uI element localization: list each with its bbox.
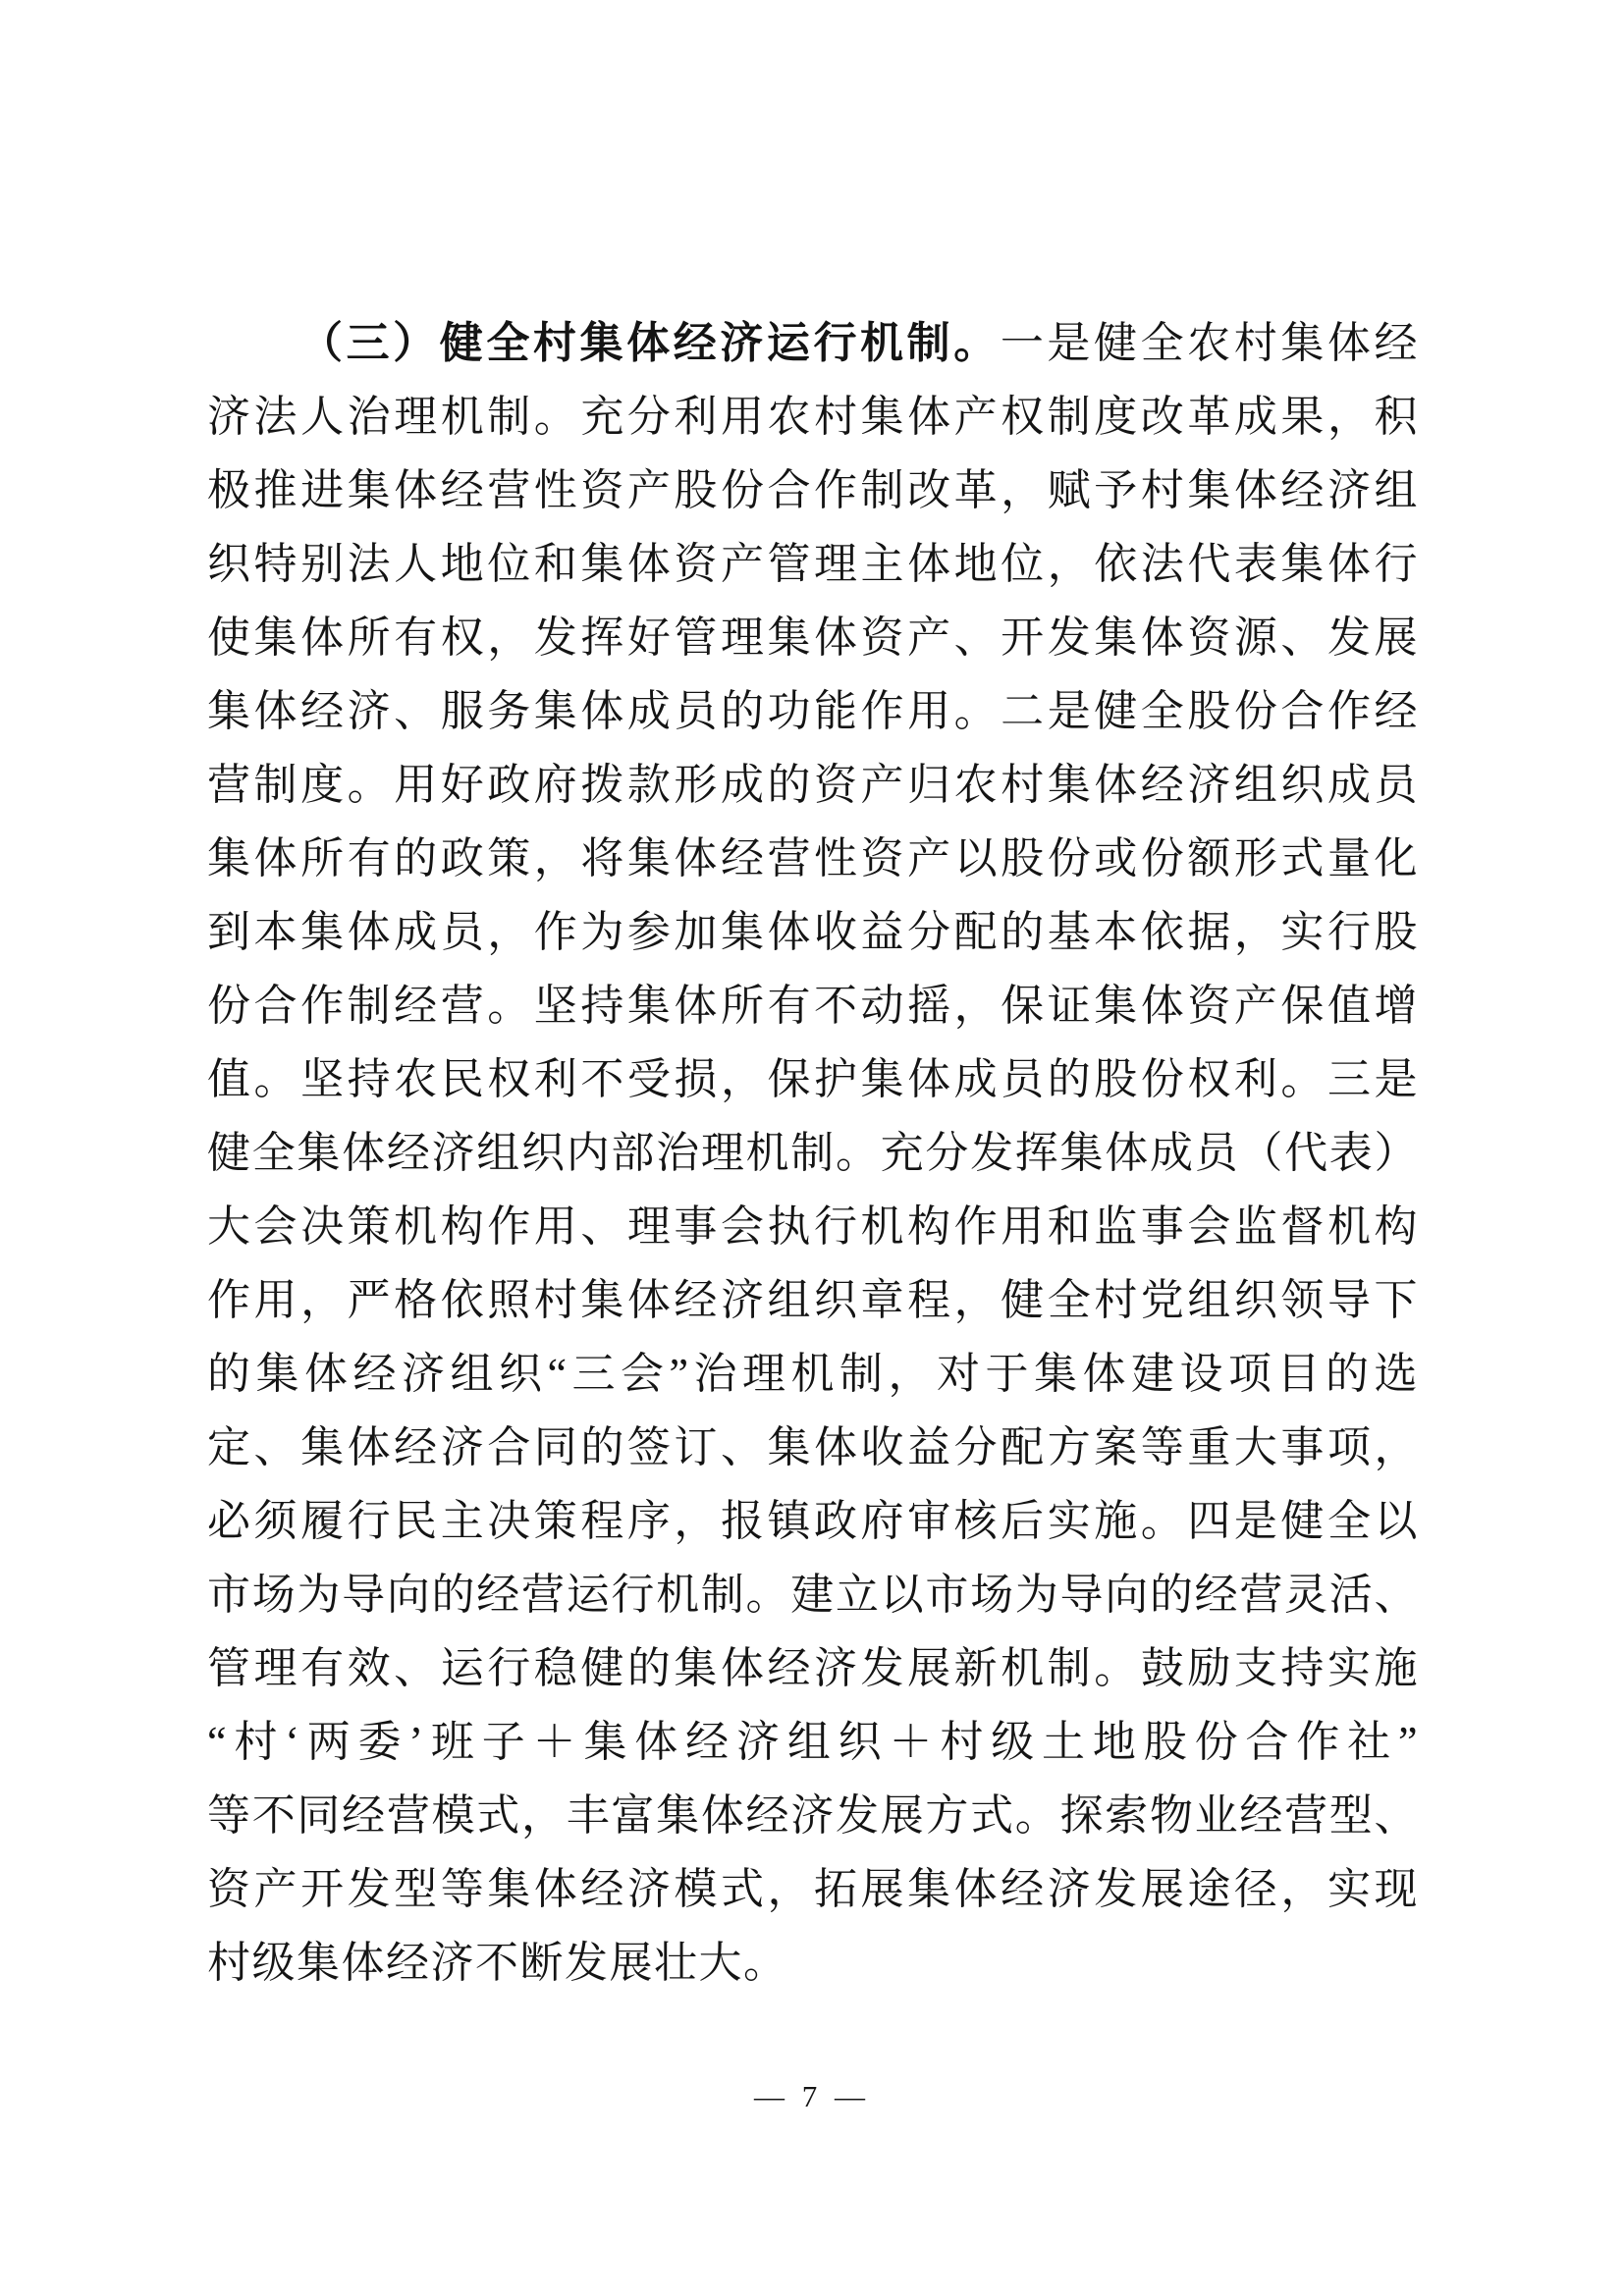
text-line: 值。坚持农民权利不受损，保护集体成员的股份权利。三是 xyxy=(207,1042,1419,1116)
text-line: 到本集体成员，作为参加集体收益分配的基本依据，实行股 xyxy=(207,895,1419,969)
text-line: 使集体所有权，发挥好管理集体资产、开发集体资源、发展 xyxy=(207,601,1419,674)
document-page: （三）健全村集体经济运行机制。一是健全农村集体经济法人治理机制。充分利用农村集体… xyxy=(0,0,1624,2296)
text-line: 份合作制经营。坚持集体所有不动摇，保证集体资产保值增 xyxy=(207,969,1419,1042)
text-line: 等不同经营模式，丰富集体经济发展方式。探索物业经营型、 xyxy=(207,1779,1419,1852)
text-line: 管理有效、运行稳健的集体经济发展新机制。鼓励支持实施 xyxy=(207,1631,1419,1705)
text-line: 极推进集体经营性资产股份合作制改革，赋予村集体经济组 xyxy=(207,454,1419,527)
text-line: 集体经济、服务集体成员的功能作用。二是健全股份合作经 xyxy=(207,674,1419,748)
text-line: 定、集体经济合同的签订、集体收益分配方案等重大事项， xyxy=(207,1411,1419,1484)
text-line: 村级集体经济不断发展壮大。 xyxy=(207,1926,1419,2000)
text-line: 资产开发型等集体经济模式，拓展集体经济发展途径，实现 xyxy=(207,1852,1419,1926)
text-line: 集体所有的政策，将集体经营性资产以股份或份额形式量化 xyxy=(207,822,1419,895)
text-line: 织特别法人地位和集体资产管理主体地位，依法代表集体行 xyxy=(207,527,1419,601)
page-number: — 7 — xyxy=(0,2079,1624,2114)
text-line: 必须履行民主决策程序，报镇政府审核后实施。四是健全以 xyxy=(207,1484,1419,1558)
text-line: 营制度。用好政府拨款形成的资产归农村集体经济组织成员 xyxy=(207,748,1419,822)
text-line: （三）健全村集体经济运行机制。一是健全农村集体经 xyxy=(207,306,1419,380)
paragraph: （三）健全村集体经济运行机制。一是健全农村集体经济法人治理机制。充分利用农村集体… xyxy=(207,306,1419,2000)
text-line: 市场为导向的经营运行机制。建立以市场为导向的经营灵活、 xyxy=(207,1558,1419,1631)
text-line: “村‘两委’班子＋集体经济组织＋村级土地股份合作社” xyxy=(207,1705,1419,1779)
text-line: 作用，严格依照村集体经济组织章程，健全村党组织领导下 xyxy=(207,1263,1419,1337)
text-line: 济法人治理机制。充分利用农村集体产权制度改革成果，积 xyxy=(207,380,1419,454)
section-heading: （三）健全村集体经济运行机制。 xyxy=(299,319,1001,367)
text-line: 大会决策机构作用、理事会执行机构作用和监事会监督机构 xyxy=(207,1190,1419,1263)
text-line: 的集体经济组织“三会”治理机制，对于集体建设项目的选 xyxy=(207,1337,1419,1411)
text-line: 健全集体经济组织内部治理机制。充分发挥集体成员（代表） xyxy=(207,1116,1419,1190)
